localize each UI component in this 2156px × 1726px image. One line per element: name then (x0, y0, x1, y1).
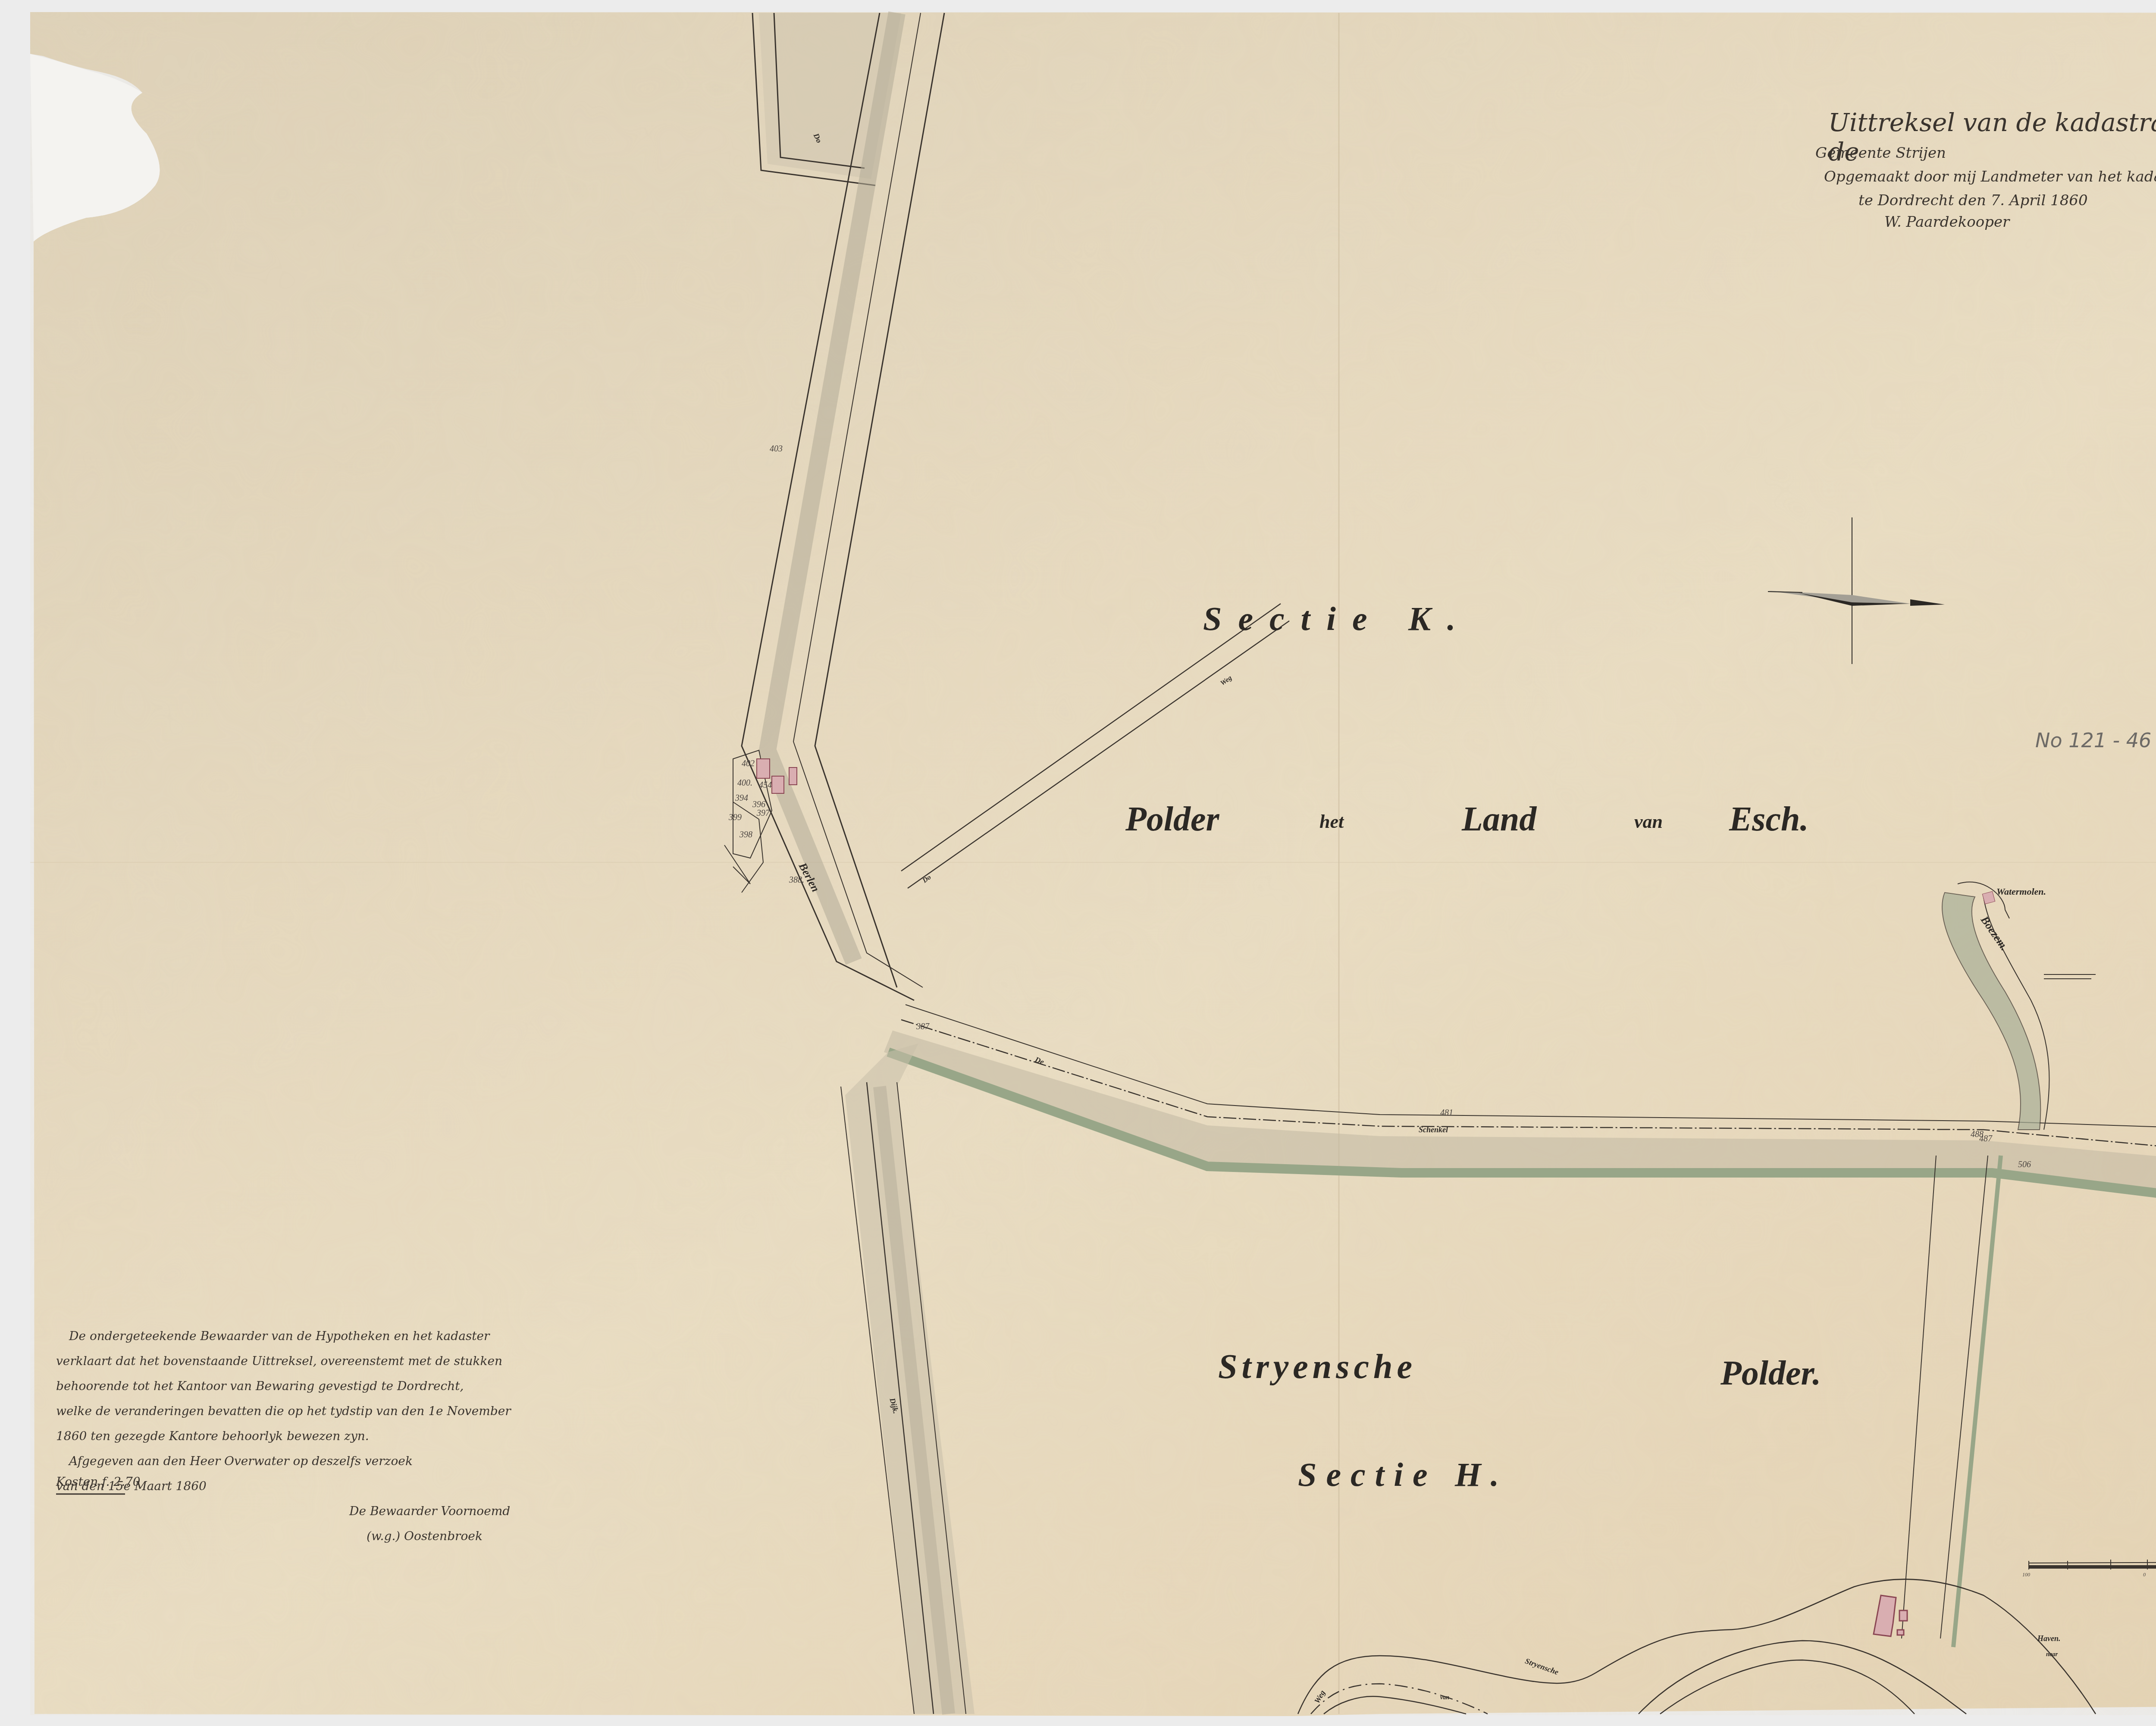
van-bottom-label: van (1440, 1695, 1449, 1701)
cert-line-2: verklaart dat het bovenstaande Uittrekse… (56, 1349, 703, 1374)
polder-land-van-esch-w4: van (1634, 811, 1663, 833)
naar-bottom-label: naar (2046, 1651, 2058, 1658)
cert-line-3: behoorende tot het Kantoor van Bewaring … (56, 1374, 703, 1399)
certificate-block: De ondergeteekende Bewaarder van de Hypo… (56, 1324, 703, 1549)
cert-signature: (w.g.) Oostenbroek (56, 1524, 703, 1549)
parcel-387: 387 (916, 1022, 929, 1032)
parcel-400: 400. (737, 778, 752, 788)
building (772, 776, 784, 793)
title-line-3: Opgemaakt door mij Landmeter van het kad… (1824, 168, 2156, 185)
cert-line-6: Afgegeven aan den Heer Overwater op desz… (56, 1449, 703, 1474)
parcel-388: 388. (789, 875, 804, 885)
parcel-399: 399 (729, 813, 742, 823)
title-signature: W. Paardekooper (1884, 213, 2009, 231)
scale-bar: Schaal van 1 à 2500. 100 0 100 200 300 4… (2022, 1548, 2156, 1587)
scale-left-100: 100 (2022, 1572, 2030, 1578)
schenkel-label: Schenkel (1419, 1125, 1448, 1134)
title-line-4: te Dordrecht den 7. April 1860 (1858, 192, 2088, 209)
stryensche-polder-w2: Polder. (1720, 1354, 1821, 1393)
title-line-2: Gemeente Strijen (1815, 144, 1946, 162)
building (789, 767, 797, 785)
polder-land-van-esch-w5: Esch. (1729, 800, 1809, 839)
polder-land-van-esch-w2: het (1319, 811, 1344, 833)
section-h-label: Sectie H. (1298, 1455, 1508, 1494)
cert-line-4: welke de veranderingen bevatten die op h… (56, 1399, 703, 1424)
parcel-397: 397 (757, 808, 770, 818)
cert-line-7: van den 15e Maart 1860 (56, 1474, 703, 1499)
polder-land-van-esch-w1: Polder (1125, 800, 1219, 839)
stryensche-polder-w1: Stryensche (1218, 1347, 1416, 1387)
parcel-402: 402 (742, 759, 755, 769)
watermolen-label: Watermolen. (1996, 886, 2046, 897)
parcel-506: 506 (2018, 1160, 2031, 1170)
cert-line-1: De ondergeteekende Bewaarder van de Hypo… (56, 1324, 703, 1349)
parcel-398: 398 (740, 830, 752, 840)
scale-left-0: 0 (2143, 1572, 2146, 1578)
parcel-394: 394 (735, 793, 748, 803)
parcel-403: 403 (770, 444, 783, 454)
parcel-454: 454 (759, 780, 772, 790)
parcel-488: 488 (1971, 1130, 1984, 1140)
cert-line-5: 1860 ten gezegde Kantore behoorlyk bewez… (56, 1424, 703, 1449)
cert-signature-title: De Bewaarder Voornoemd (56, 1499, 703, 1524)
parcel-481: 481 (1440, 1108, 1453, 1118)
cost-label: Kosten f. 2.70 (56, 1475, 141, 1489)
section-k-label: Sectie K. (1203, 599, 1472, 638)
building (757, 759, 770, 778)
polder-land-van-esch-w3: Land (1462, 800, 1536, 839)
archive-number: No 121 - 46 (2035, 729, 2151, 752)
haven-label: Haven. (2037, 1634, 2061, 1643)
